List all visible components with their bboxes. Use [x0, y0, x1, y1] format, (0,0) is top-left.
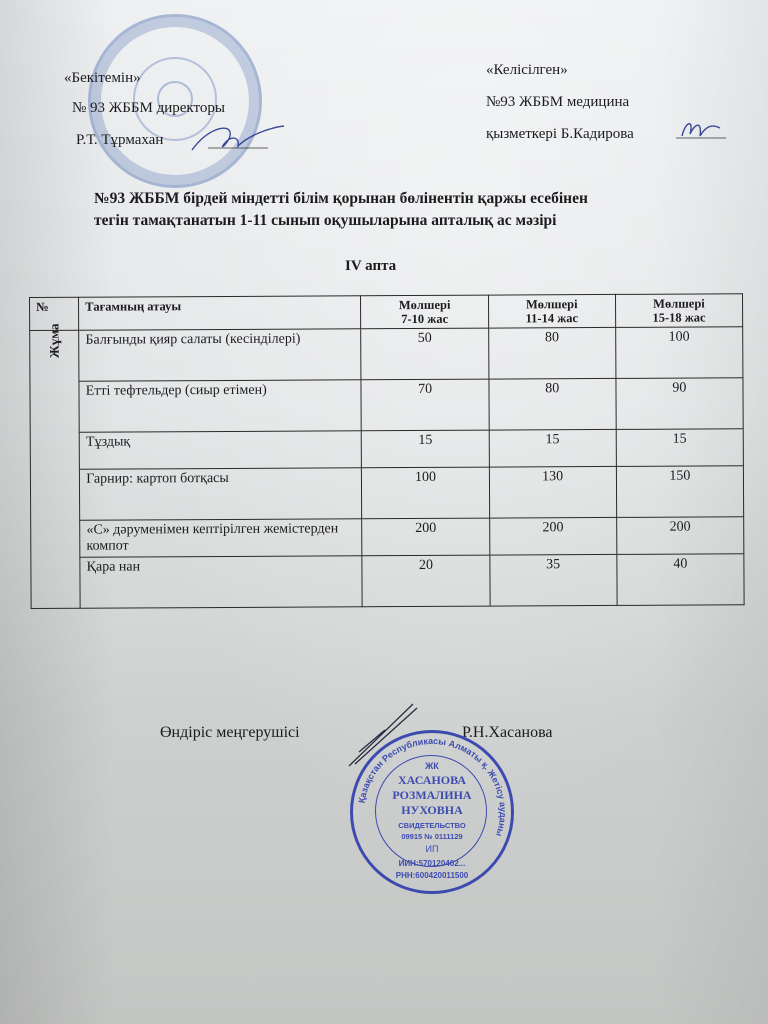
amount-15-18: 150: [616, 466, 743, 518]
header-amount-11-14: Мөлшері 11-14 жас: [488, 294, 615, 328]
dish-name: Гарнир: картоп ботқасы: [80, 468, 363, 520]
header-age-range: 7-10 жас: [368, 312, 482, 327]
amount-7-10: 200: [362, 518, 489, 556]
dish-name: Тұздық: [79, 431, 361, 469]
amount-7-10: 50: [361, 328, 488, 380]
header-amount-7-10: Мөлшері 7-10 жас: [361, 295, 488, 329]
amount-11-14: 80: [488, 327, 615, 379]
amount-11-14: 80: [489, 378, 616, 430]
agreement-heading: «Келісілген»: [486, 60, 568, 80]
dish-name: Қара нан: [80, 556, 363, 608]
header-amount-label: Мөлшері: [495, 297, 609, 312]
agreement-position: №93 ЖББМ медицина: [486, 92, 629, 112]
day-cell: Жұма: [30, 330, 81, 608]
table-row: Етті тефтельдер (сиыр етімен) 70 80 90: [30, 378, 743, 433]
table-row: Гарнир: картоп ботқасы 100 130 150: [30, 466, 743, 521]
amount-15-18: 200: [616, 517, 743, 555]
table-row: «С» дәруменімен кептірілген жемістерден …: [31, 517, 744, 558]
amount-11-14: 15: [489, 429, 616, 467]
table-row: Жұма Балғынды қияр салаты (кесінділері) …: [30, 327, 743, 382]
header-amount-15-18: Мөлшері 15-18 жас: [615, 294, 742, 328]
amount-7-10: 70: [361, 379, 488, 431]
amount-15-18: 15: [616, 429, 743, 467]
amount-11-14: 35: [489, 554, 616, 606]
dish-name: «С» дәруменімен кептірілген жемістерден …: [80, 519, 362, 557]
document-title-line2: тегін тамақтанатын 1-11 сынып оқушыларын…: [94, 210, 556, 232]
amount-11-14: 130: [489, 466, 616, 518]
amount-15-18: 100: [615, 327, 742, 379]
medic-signature-icon: [676, 116, 726, 144]
stamp-iin: ИИН:570120402...: [353, 859, 511, 868]
table-header-row: № Тағамның атауы Мөлшері 7-10 жас Мөлшер…: [30, 294, 743, 331]
director-signature-icon: [188, 118, 288, 158]
day-label: Жұма: [46, 324, 62, 359]
dish-name: Етті тефтельдер (сиыр етімен): [79, 380, 362, 432]
stamp-line: НУХОВНА: [353, 803, 511, 818]
amount-7-10: 100: [362, 467, 489, 519]
agreement-name: қызметкері Б.Кадирова: [486, 124, 634, 144]
table-row: Қара нан 20 35 40: [31, 554, 744, 609]
footer-role: Өндіріс меңгерушісі: [160, 723, 300, 743]
stamp-line: ИП: [353, 844, 511, 854]
week-label: IV апта: [345, 258, 396, 275]
stamp-line: ХАСАНОВА: [353, 773, 511, 788]
amount-15-18: 40: [617, 554, 744, 606]
stamp-line: РОЗМАЛИНА: [353, 788, 511, 803]
amount-15-18: 90: [616, 378, 743, 430]
amount-7-10: 15: [362, 430, 489, 468]
header-age-range: 11-14 жас: [495, 311, 609, 326]
approval-heading: «Бекітемін»: [64, 68, 141, 88]
header-dish-name: Тағамның атауы: [79, 296, 361, 330]
stamp-line: 09915 № 0111129: [353, 832, 511, 841]
amount-11-14: 200: [489, 517, 616, 555]
dish-name: Балғынды қияр салаты (кесінділері): [79, 329, 362, 381]
approval-name: Р.Т. Тұрмахан: [76, 130, 163, 150]
stamp-line: СВИДЕТЕЛЬСТВО: [353, 821, 511, 830]
stamp-rnn: РНН:600420011500: [353, 871, 511, 880]
stamp-line: ЖК: [353, 761, 511, 771]
header-amount-label: Мөлшері: [367, 298, 481, 313]
menu-table: № Тағамның атауы Мөлшері 7-10 жас Мөлшер…: [29, 293, 745, 609]
amount-7-10: 20: [362, 555, 489, 607]
approval-position: № 93 ЖББМ директоры: [72, 98, 225, 118]
entrepreneur-stamp: Қазақстан Республикасы Алматы қ. Жетісу …: [350, 730, 514, 894]
document-title-line1: №93 ЖББМ бірдей міндетті білім қорынан б…: [94, 188, 588, 210]
header-amount-label: Мөлшері: [622, 296, 736, 311]
header-age-range: 15-18 жас: [622, 310, 736, 325]
table-row: Тұздық 15 15 15: [30, 429, 743, 470]
